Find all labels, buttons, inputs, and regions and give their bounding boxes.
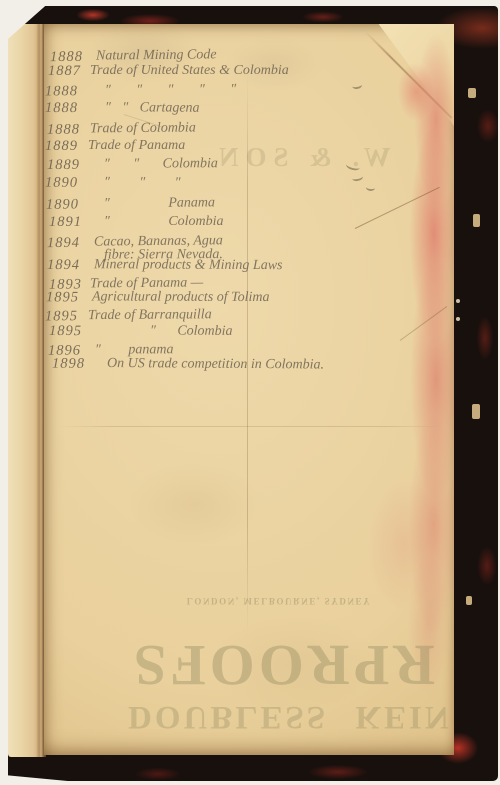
handwritten-year: 1894 [47,257,80,274]
handwritten-text: ″ ″ ″ ″ ″ [105,82,236,99]
handwritten-line: 1887Trade of United States & Colombia [44,63,454,81]
cover-fleck [456,299,460,303]
handwritten-line: 1891″ Colombia [44,214,454,232]
handwritten-text: ″ ″ ″ [104,175,181,192]
cover-fleck [456,317,460,321]
handwritten-line: 1890″ ″ ″ [44,175,454,196]
handwritten-line: 1890″ Panama [44,193,454,215]
handwritten-line: 1889Trade of Panama [44,138,454,156]
handwritten-year: 1890 [46,196,79,213]
page-fore-edges [8,24,46,757]
handwritten-text: Mineral products & Mining Laws [94,257,283,274]
cover-paper-chip [468,88,476,98]
handwritten-line: 1888″ ″ Cartagena [44,100,454,120]
handwritten-year: 1898 [52,356,85,373]
handwritten-year: 1888 [45,83,78,100]
handwritten-text: Trade of Barranquilla [88,307,212,324]
handwritten-year: 1888 [45,100,78,117]
handwritten-text: Trade of Panama [88,138,185,154]
handwritten-line: 1895″ Colombia [44,323,454,343]
handwritten-year: 1888 [47,121,80,138]
handwritten-text: ″ Colombia [150,323,233,339]
handwritten-line: 1898On US trade competition in Colombia. [44,356,454,377]
handwritten-line: 1888Trade of Colombia [44,118,454,140]
cover-paper-chip [473,214,480,227]
handwritten-year: 1887 [48,63,81,80]
handwritten-text: ″ ″ Colombia [104,156,218,173]
handwritten-year: 1895 [49,323,82,340]
handwritten-text: ″ Colombia [104,214,224,230]
handwritten-text: On US trade competition in Colombia. [107,356,324,374]
handwritten-text: Agricultural products of Tolima [92,289,270,306]
cover-paper-chip [466,596,472,605]
handwritten-year: 1890 [45,175,78,192]
handwritten-year: 1895 [46,289,79,306]
handwritten-line: 1889″ ″ Colombia [44,155,454,175]
handwritten-text: Natural Mining Code [96,47,217,64]
handwritten-year: 1889 [45,138,78,155]
handwritten-line: 1888″ ″ ″ ″ ″ [44,81,454,102]
handwritten-text: Trade of Colombia [90,120,196,137]
handwritten-year: 1889 [47,157,80,174]
handwritten-text: Trade of United States & Colombia [90,63,289,79]
handwritten-year: 1891 [49,214,82,231]
endpaper-page: W. & SON LONDON, MELBOURNE, SYDNEY RPROO… [44,24,454,755]
cover-paper-chip [472,404,480,419]
handwritten-text: ″ ″ Cartagena [105,100,200,116]
handwritten-text: ″ Panama [104,195,215,212]
handwritten-list: 1888Natural Mining Code 1887Trade of Uni… [44,24,454,755]
